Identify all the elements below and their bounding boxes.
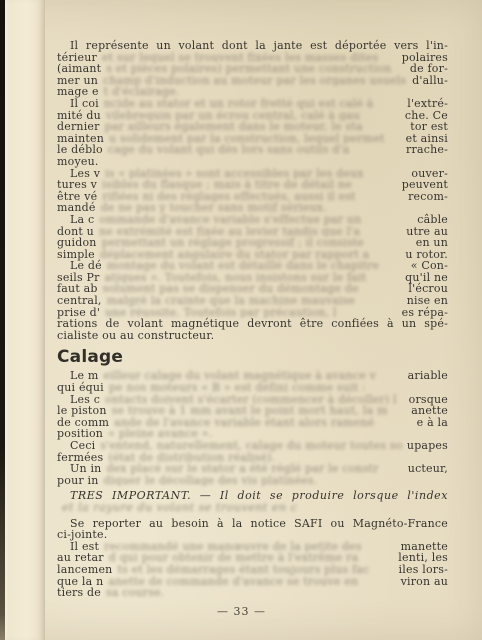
text-line: le pistonse trouve à 1 mm avant le point… [57, 405, 448, 417]
paragraph: Les contacts doivent s'écarter (commence… [57, 394, 448, 440]
blurred-text: ne extrémité est fixée au levier tandis … [99, 226, 401, 238]
text-fragment: e à la [417, 417, 448, 429]
text-line: que la nanette de commande d'avance se t… [57, 576, 448, 588]
text-line: dont une extrémité est fixée au levier t… [57, 226, 448, 238]
blurred-text: solument pas se dispenser du démontage d… [103, 283, 404, 295]
text-fragment: nise en [407, 295, 448, 307]
text-fragment: lancemen [57, 564, 112, 576]
text-line: ci-jointe. [57, 529, 448, 541]
text-line: pour indiquer le décollage des vis plati… [57, 475, 448, 487]
text-line: et la rayure du volant se trouvent en co… [57, 502, 448, 514]
text-fragment: en un [416, 237, 448, 249]
text-line: dernierpar ailleurs également dans le mo… [57, 121, 448, 133]
blurred-text: par ailleurs également dans le moteur, l… [105, 121, 406, 133]
blurred-text: champ d'induction au moteur par les orga… [103, 75, 407, 87]
text-fragment: ariable [408, 370, 448, 382]
text-line: position« pleine avance ». [57, 428, 448, 440]
blurred-text: ande de l'avance variable étant alors ra… [114, 417, 412, 429]
important-note: TRES IMPORTANT. — Il doit se produire lo… [57, 490, 448, 513]
blurred-text: montage du volant est détaillé dans le c… [107, 260, 406, 272]
paragraph: Le démontage du volant est détaillé dans… [57, 260, 448, 341]
text-fragment: ucteur, [408, 463, 448, 475]
text-line: térieuret sur lequel se trouvent fixées … [57, 52, 448, 64]
text-fragment: câble [417, 214, 448, 226]
blurred-text: ommande d'avance variable s'effectue par… [99, 214, 412, 226]
blurred-text: déplacement angulaire du stator par rapp… [100, 249, 400, 261]
text-line: mité duvilebrequin par un écrou central,… [57, 110, 448, 122]
paragraph: Le meilleur calage du volant magnétique … [57, 370, 448, 393]
blurred-text: pe nos moteurs « B » est défini comme su… [109, 382, 374, 394]
blurred-text: d qui pour obtenir de mettre à l'extrême… [109, 552, 394, 564]
text-fragment: guidon [57, 237, 97, 249]
blurred-text: u solidement par la construction, lequel… [109, 133, 401, 145]
text-line: Un index placé sur le stator a été réglé… [57, 463, 448, 475]
text-fragment: l'extré- [407, 98, 448, 110]
text-line: le déblocage du volant qui dès lors sans… [57, 144, 448, 156]
text-line: central,malgré la crainte que la machine… [57, 295, 448, 307]
blurred-text: permettant un réglage progressif ; il co… [102, 237, 411, 249]
paragraph: Un index placé sur le stator a été réglé… [57, 463, 448, 486]
text-fragment: d'allu- [412, 75, 448, 87]
text-line: qui équipe nos moteurs « B » est défini … [57, 382, 448, 394]
paragraph: La commande d'avance variable s'effectue… [57, 214, 448, 260]
text-line: Les vis « platinées » sont accessibles p… [57, 168, 448, 180]
text-line: fermées(état de distribution réalisé). [57, 452, 448, 464]
blurred-text: t d'éclairage. [104, 86, 209, 98]
blurred-text: recommandé une manœuvre de la petite des [104, 541, 396, 553]
text-fragment: upapes [407, 440, 448, 452]
page-edge-strip [5, 0, 45, 640]
text-line: de commande de l'avance variable étant a… [57, 417, 448, 429]
text-line: simpledéplacement angulaire du stator pa… [57, 249, 448, 261]
text-line: tiers desa course. [57, 587, 448, 599]
paragraph: Les vis « platinées » sont accessibles p… [57, 168, 448, 214]
text-fragment: Il coi [70, 98, 99, 110]
blurred-text: anette de commande d'avance se trouve en [108, 576, 395, 588]
blurred-text: isibles du flasque ; mais à titre de dét… [102, 179, 397, 191]
paragraph: Se reporter au besoin à la notice SAFI o… [57, 518, 448, 541]
blurred-text: ontacts doivent s'écarter (commencer à d… [105, 394, 404, 406]
text-line: mandéde ne pas y toucher sans motif séri… [57, 202, 448, 214]
blurred-text: is « platinées » sont accessibles par le… [105, 168, 406, 180]
text-fragment: tiers de [57, 587, 101, 599]
page-text: Il représente un volant dont la jante es… [57, 40, 448, 618]
blurred-text: de ne pas y toucher sans motif sérieux. [101, 202, 336, 214]
text-fragment: recom- [408, 191, 448, 203]
text-line: Cecis'entend, naturellement, calage du m… [57, 440, 448, 452]
text-fragment: rrache- [406, 144, 448, 156]
text-line: au retard qui pour obtenir de mettre à l… [57, 552, 448, 564]
text-line: seils Pratiques ». Toutefois, nous insis… [57, 272, 448, 284]
blurred-text: s'entend, naturellement, calage du moteu… [100, 440, 402, 452]
text-fragment: peuvent [402, 179, 448, 191]
paragraph: Cecis'entend, naturellement, calage du m… [57, 440, 448, 463]
blurred-text: et la rayure du volant se trouvent en co… [62, 502, 297, 514]
text-line: Il coincide au stator et un rotor fretté… [57, 98, 448, 110]
text-line: mage et d'éclairage. [57, 86, 448, 98]
text-fragment: tor est [410, 121, 448, 133]
text-line: moyeu. [57, 156, 448, 168]
paragraph: Il coincide au stator et un rotor fretté… [57, 98, 448, 168]
paragraph: Il représente un volant dont la jante es… [57, 40, 448, 98]
text-fragment: viron au [401, 576, 448, 588]
blurred-text: ts et les démarrages étant toujours plus… [117, 564, 393, 576]
text-line: Se reporter au besoin à la notice SAFI o… [57, 518, 448, 530]
text-line: Il estrecommandé une manœuvre de la peti… [57, 541, 448, 553]
text-line: guidonpermettant un réglage progressif ;… [57, 237, 448, 249]
text-line: cialiste ou au constructeur. [57, 330, 448, 342]
text-line: Le meilleur calage du volant magnétique … [57, 370, 448, 382]
blurred-text: (état de distribution réalisé). [108, 452, 323, 464]
text-fragment: dernier [57, 121, 100, 133]
text-fragment: iles lors- [399, 564, 448, 576]
blurred-text: dex placé sur le stator a été réglé par … [106, 463, 402, 475]
section-heading: Calage [57, 348, 448, 366]
text-line: tures visibles du flasque ; mais à titre… [57, 179, 448, 191]
text-fragment: pour in [57, 475, 99, 487]
blurred-text: rifiées ni des réglages effectués, aussi… [102, 191, 403, 203]
text-line: prise d'une réussite. Toutefois par préc… [57, 307, 448, 319]
blurred-text: ncide au stator et un rotor fretté qui e… [104, 98, 402, 110]
text-line: Il représente un volant dont la jante es… [57, 40, 448, 52]
text-line: mer unchamp d'induction au moteur par le… [57, 75, 448, 87]
text-fragment: tures v [57, 179, 97, 191]
blurred-text: s et pièces polaires) permettant une con… [106, 63, 405, 75]
blurred-text: eilleur calage du volant magnétique à av… [104, 370, 403, 382]
text-line: (aimants et pièces polaires) permettant … [57, 63, 448, 75]
blurred-text: cage du volant qui dès lors sans outils … [108, 144, 401, 156]
text-line: maintenu solidement par la construction,… [57, 133, 448, 145]
blurred-text: atiques ». Toutefois, nous insistons sur… [105, 272, 401, 284]
text-line: TRES IMPORTANT. — Il doit se produire lo… [57, 490, 448, 502]
blurred-text: malgré la crainte que la machine mauvais… [107, 295, 402, 307]
text-fragment: qui équi [57, 382, 104, 394]
blurred-text: et sur lequel se trouvent fixées les mas… [102, 52, 397, 64]
text-fragment: central, [57, 295, 102, 307]
text-line: faut absolument pas se dispenser du démo… [57, 283, 448, 295]
text-line: Le démontage du volant est détaillé dans… [57, 260, 448, 272]
blurred-text: se trouve à 1 mm avant le point mort hau… [112, 405, 407, 417]
scanned-page: Il représente un volant dont la jante es… [0, 0, 482, 640]
blurred-text: une réussite. Toutefois par précaution, … [105, 307, 397, 319]
text-line: Les contacts doivent s'écarter (commence… [57, 394, 448, 406]
page-number: — 33 — [57, 605, 448, 618]
text-line: La commande d'avance variable s'effectue… [57, 214, 448, 226]
paragraph: Il estrecommandé une manœuvre de la peti… [57, 541, 448, 599]
text-line: être vérifiées ni des réglages effectués… [57, 191, 448, 203]
blurred-text: « pleine avance ». [108, 428, 223, 440]
blurred-text: sa course. [106, 587, 186, 599]
text-fragment: Ceci [70, 440, 95, 452]
blurred-text: vilebrequin par un écrou central, calé à… [106, 110, 400, 122]
blurred-text: diquer le décollage des vis platinées. [104, 475, 329, 487]
text-line: lancements et les démarrages étant toujo… [57, 564, 448, 576]
text-fragment: La c [70, 214, 94, 226]
